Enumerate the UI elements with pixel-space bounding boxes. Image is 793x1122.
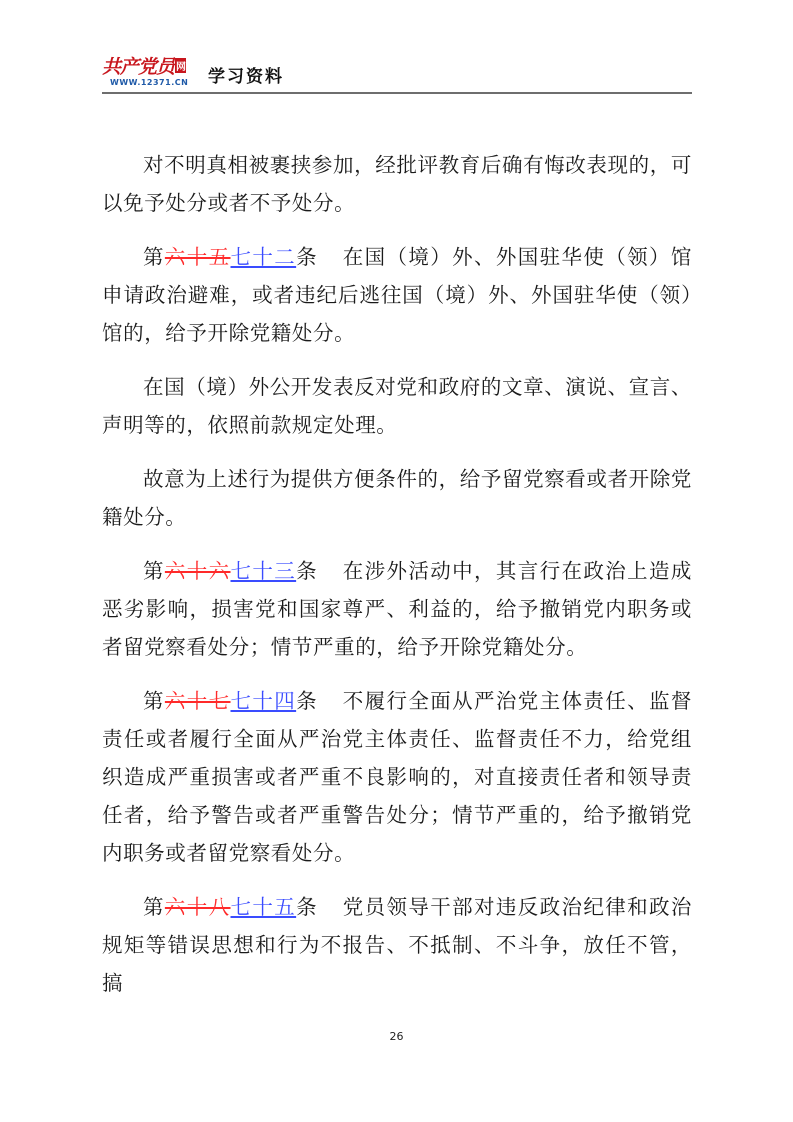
article-suffix: 条: [296, 895, 318, 919]
article-suffix: 条: [296, 559, 318, 583]
deleted-article-number: 六十七: [165, 689, 231, 713]
logo-suffix: 网: [175, 58, 186, 73]
header-title: 学习资料: [208, 62, 284, 87]
article-paragraph: 第六十七七十四条不履行全面从严治党主体责任、监督责任或者履行全面从严治党主体责任…: [102, 682, 692, 872]
deleted-article-number: 六十八: [165, 895, 231, 919]
article-paragraph: 第六十五七十二条在国（境）外、外国驻华使（领）馆申请政治避难，或者违纪后逃往国（…: [102, 238, 692, 352]
paragraph: 对不明真相被裹挟参加，经批评教育后确有悔改表现的，可以免予处分或者不予处分。: [102, 146, 692, 222]
inserted-article-number: 七十三: [231, 559, 297, 583]
article-prefix: 第: [143, 689, 165, 713]
article-suffix: 条: [296, 245, 318, 269]
article-prefix: 第: [143, 245, 165, 269]
deleted-article-number: 六十五: [165, 245, 231, 269]
page-header: 共产党员网 WWW.12371.CN 学习资料: [102, 52, 692, 94]
article-paragraph: 第六十八七十五条党员领导干部对违反政治纪律和政治规矩等错误思想和行为不报告、不抵…: [102, 888, 692, 1002]
logo-url: WWW.12371.CN: [110, 78, 188, 87]
deleted-article-number: 六十六: [165, 559, 231, 583]
inserted-article-number: 七十四: [231, 689, 297, 713]
paragraph-text: 在国（境）外公开发表反对党和政府的文章、演说、宣言、声明等的，依照前款规定处理。: [102, 375, 692, 437]
logo-text: 共产党员: [102, 56, 174, 78]
paragraph-text: 故意为上述行为提供方便条件的，给予留党察看或者开除党籍处分。: [102, 467, 692, 529]
paragraph: 在国（境）外公开发表反对党和政府的文章、演说、宣言、声明等的，依照前款规定处理。: [102, 368, 692, 444]
document-body: 对不明真相被裹挟参加，经批评教育后确有悔改表现的，可以免予处分或者不予处分。 第…: [102, 146, 692, 1018]
inserted-article-number: 七十五: [231, 895, 297, 919]
paragraph-text: 不履行全面从严治党主体责任、监督责任或者履行全面从严治党主体责任、监督责任不力，…: [102, 689, 692, 865]
article-paragraph: 第六十六七十三条在涉外活动中，其言行在政治上造成恶劣影响，损害党和国家尊严、利益…: [102, 552, 692, 666]
article-suffix: 条: [296, 689, 318, 713]
article-prefix: 第: [143, 895, 165, 919]
article-prefix: 第: [143, 559, 165, 583]
site-logo: 共产党员网 WWW.12371.CN: [102, 52, 202, 92]
inserted-article-number: 七十二: [231, 245, 297, 269]
page-number: 26: [0, 1030, 793, 1043]
logo-wordmark: 共产党员网: [102, 52, 186, 79]
paragraph: 故意为上述行为提供方便条件的，给予留党察看或者开除党籍处分。: [102, 460, 692, 536]
paragraph-text: 对不明真相被裹挟参加，经批评教育后确有悔改表现的，可以免予处分或者不予处分。: [102, 153, 692, 215]
header-divider: [102, 92, 692, 94]
